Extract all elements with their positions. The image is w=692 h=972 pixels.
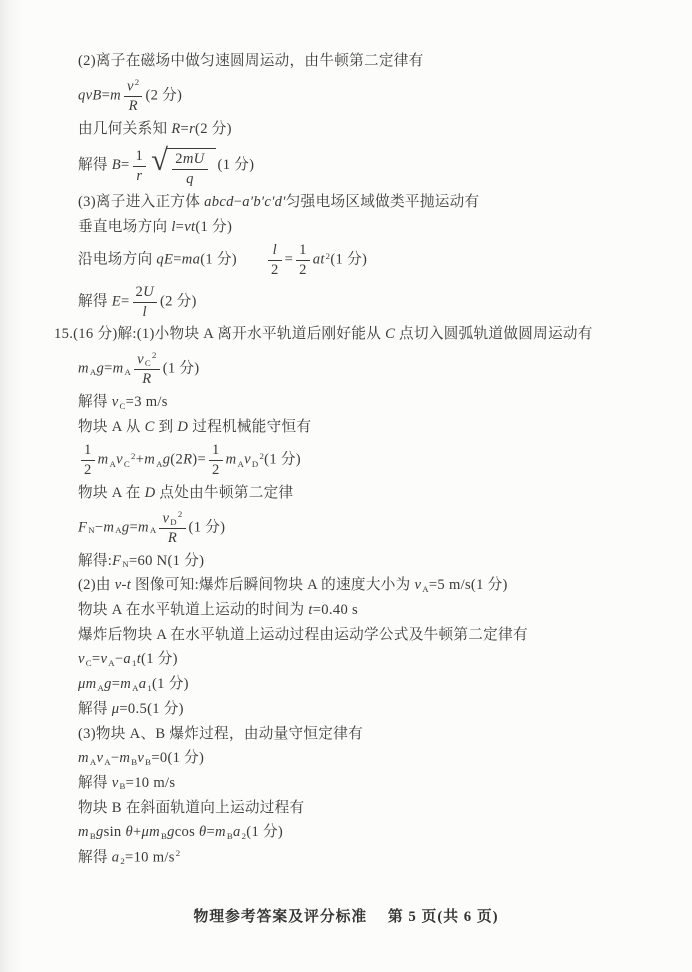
fraction: 2mUq: [172, 151, 207, 188]
answer-line: 解得 vC=3 m/s: [78, 393, 658, 413]
answer-line: 由几何关系知 R=r(2 分): [78, 120, 658, 140]
fraction: 12: [81, 442, 95, 479]
answer-line: (3)离子进入正方体 abcd−a′b′c′d′匀强电场区域做类平抛运动有: [78, 193, 658, 213]
footer-page-number: 第 5 页(共 6 页): [388, 909, 499, 925]
fraction: 1r: [133, 148, 147, 185]
fraction: 12: [296, 242, 310, 279]
answer-line: 解得 E=2Ul(2 分): [78, 284, 658, 321]
answer-line: 垂直电场方向 l=vt(1 分): [78, 218, 658, 238]
answer-line: mAvA−mBvB=0(1 分): [78, 749, 658, 769]
answer-line: (2)离子在磁场中做匀速圆周运动，由牛顿第二定律有: [78, 52, 658, 72]
answer-line: vC=vA−a1t(1 分): [78, 650, 658, 670]
answer-line: 解得 vB=10 m/s: [78, 774, 658, 794]
fraction: l2: [268, 242, 282, 279]
fraction: v2R: [124, 77, 142, 115]
answer-line: qvB=mv2R(2 分): [78, 77, 658, 115]
square-root: √2mUq: [151, 144, 215, 188]
footer-title: 物理参考答案及评分标准: [193, 909, 367, 925]
answer-line: 解得 μ=0.5(1 分): [78, 700, 658, 720]
answer-line: 解得:FN=60 N(1 分): [78, 552, 658, 572]
answer-line: (3)物块 A、B 爆炸过程，由动量守恒定律有: [78, 725, 658, 745]
fraction: vC2R: [134, 350, 160, 388]
answer-line: μmAg=mAa1(1 分): [78, 675, 658, 695]
answer-line: 物块 A 从 C 到 D 过程机械能守恒有: [78, 418, 658, 438]
document-page: (2)离子在磁场中做匀速圆周运动，由牛顿第二定律有qvB=mv2R(2 分)由几…: [0, 0, 692, 972]
answer-line: mBgsin θ+μmBgcos θ=mBa2(1 分): [78, 823, 658, 843]
answer-line: 解得 B=1r√2mUq(1 分): [78, 144, 658, 188]
answer-line: 12mAvC2+mAg(2R)=12mAvD2(1 分): [78, 442, 658, 479]
answer-line: FN−mAg=mAvD2R(1 分): [78, 509, 658, 547]
answer-line: 解得 a2=10 m/s2: [78, 848, 658, 868]
answer-line: (2)由 v-t 图像可知:爆炸后瞬间物块 A 的速度大小为 vA=5 m/s(…: [78, 576, 658, 596]
answer-content: (2)离子在磁场中做匀速圆周运动，由牛顿第二定律有qvB=mv2R(2 分)由几…: [0, 0, 692, 868]
fraction: 12: [209, 442, 223, 479]
answer-line: mAg=mAvC2R(1 分): [78, 350, 658, 388]
answer-line: 爆炸后物块 A 在水平轨道上运动过程由运动学公式及牛顿第二定律有: [78, 626, 658, 646]
answer-line: 15.(16 分)解:(1)小物块 A 离开水平轨道后刚好能从 C 点切入圆弧轨…: [54, 325, 658, 345]
answer-line: 物块 A 在水平轨道上运动的时间为 t=0.40 s: [78, 601, 658, 621]
fraction: 2Ul: [133, 284, 157, 321]
page-footer: 物理参考答案及评分标准 第 5 页(共 6 页): [0, 905, 692, 926]
fraction: vD2R: [159, 509, 185, 547]
answer-line: 物块 A 在 D 点处由牛顿第二定律: [78, 484, 658, 504]
answer-line: 物块 B 在斜面轨道向上运动过程有: [78, 799, 658, 819]
answer-line: 沿电场方向 qE=ma(1 分)l2=12at2(1 分): [78, 242, 658, 279]
